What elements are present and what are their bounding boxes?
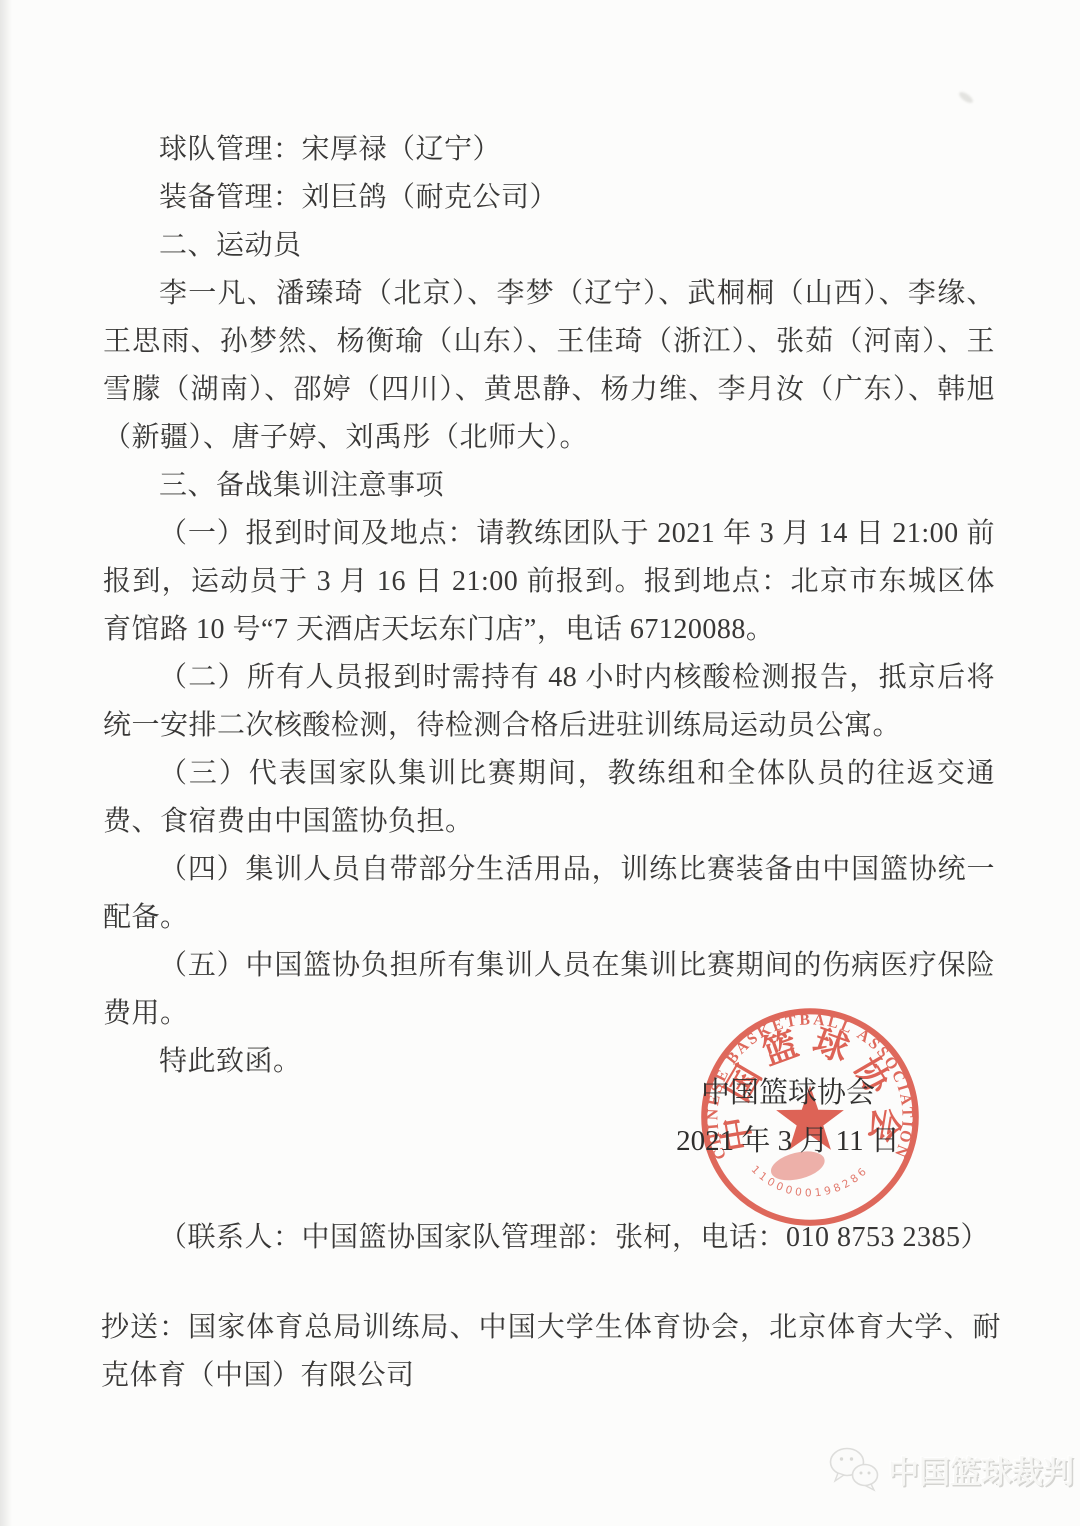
contact-block: （联系人：中国篮协国家队管理部：张柯，电话：010 8753 2385） bbox=[103, 1214, 995, 1262]
body-paragraph: 装备管理：刘巨鸽（耐克公司） bbox=[103, 174, 995, 222]
document-body: 球队管理：宋厚禄（辽宁）装备管理：刘巨鸽（耐克公司）二、运动员李一凡、潘臻琦（北… bbox=[103, 0, 995, 1086]
cc-block: 抄送：国家体育总局训练局、中国大学生体育协会，北京体育大学、耐克体育（中国）有限… bbox=[101, 1304, 1001, 1400]
body-paragraph: 二、运动员 bbox=[103, 222, 995, 270]
body-paragraph: （五）中国篮协负担所有集训人员在集训比赛期间的伤病医疗保险费用。 bbox=[103, 942, 995, 1038]
watermark: 中国篮球裁判 bbox=[828, 1444, 1074, 1494]
cc-line: 抄送：国家体育总局训练局、中国大学生体育协会，北京体育大学、耐克体育（中国）有限… bbox=[101, 1304, 1001, 1400]
body-paragraph: （一）报到时间及地点：请教练团队于 2021 年 3 月 14 日 21:00 … bbox=[103, 510, 995, 654]
body-paragraph: 李一凡、潘臻琦（北京）、李梦（辽宁）、武桐桐（山西）、李缘、王思雨、孙梦然、杨衡… bbox=[103, 270, 995, 462]
watermark-label: 中国篮球裁判 bbox=[888, 1447, 1074, 1492]
body-paragraph: 球队管理：宋厚禄（辽宁） bbox=[103, 126, 995, 174]
body-paragraph: （二）所有人员报到时需持有 48 小时内核酸检测报告，抵京后将统一安排二次核酸检… bbox=[103, 654, 995, 750]
signature-block: 中国篮球协会 2021 年 3 月 11 日 bbox=[628, 1069, 948, 1165]
contact-line: （联系人：中国篮协国家队管理部：张柯，电话：010 8753 2385） bbox=[103, 1214, 995, 1262]
wechat-icon bbox=[828, 1444, 880, 1494]
body-paragraph: （四）集训人员自带部分生活用品，训练比赛装备由中国篮协统一配备。 bbox=[103, 846, 995, 942]
signature-org: 中国篮球协会 bbox=[628, 1069, 948, 1117]
scanned-letter-page: 球队管理：宋厚禄（辽宁）装备管理：刘巨鸽（耐克公司）二、运动员李一凡、潘臻琦（北… bbox=[0, 0, 1080, 1526]
body-paragraph: （三）代表国家队集训比赛期间，教练组和全体队员的往返交通费、食宿费由中国篮协负担… bbox=[103, 750, 995, 846]
body-paragraph: 三、备战集训注意事项 bbox=[103, 462, 995, 510]
signature-date: 2021 年 3 月 11 日 bbox=[628, 1117, 948, 1165]
